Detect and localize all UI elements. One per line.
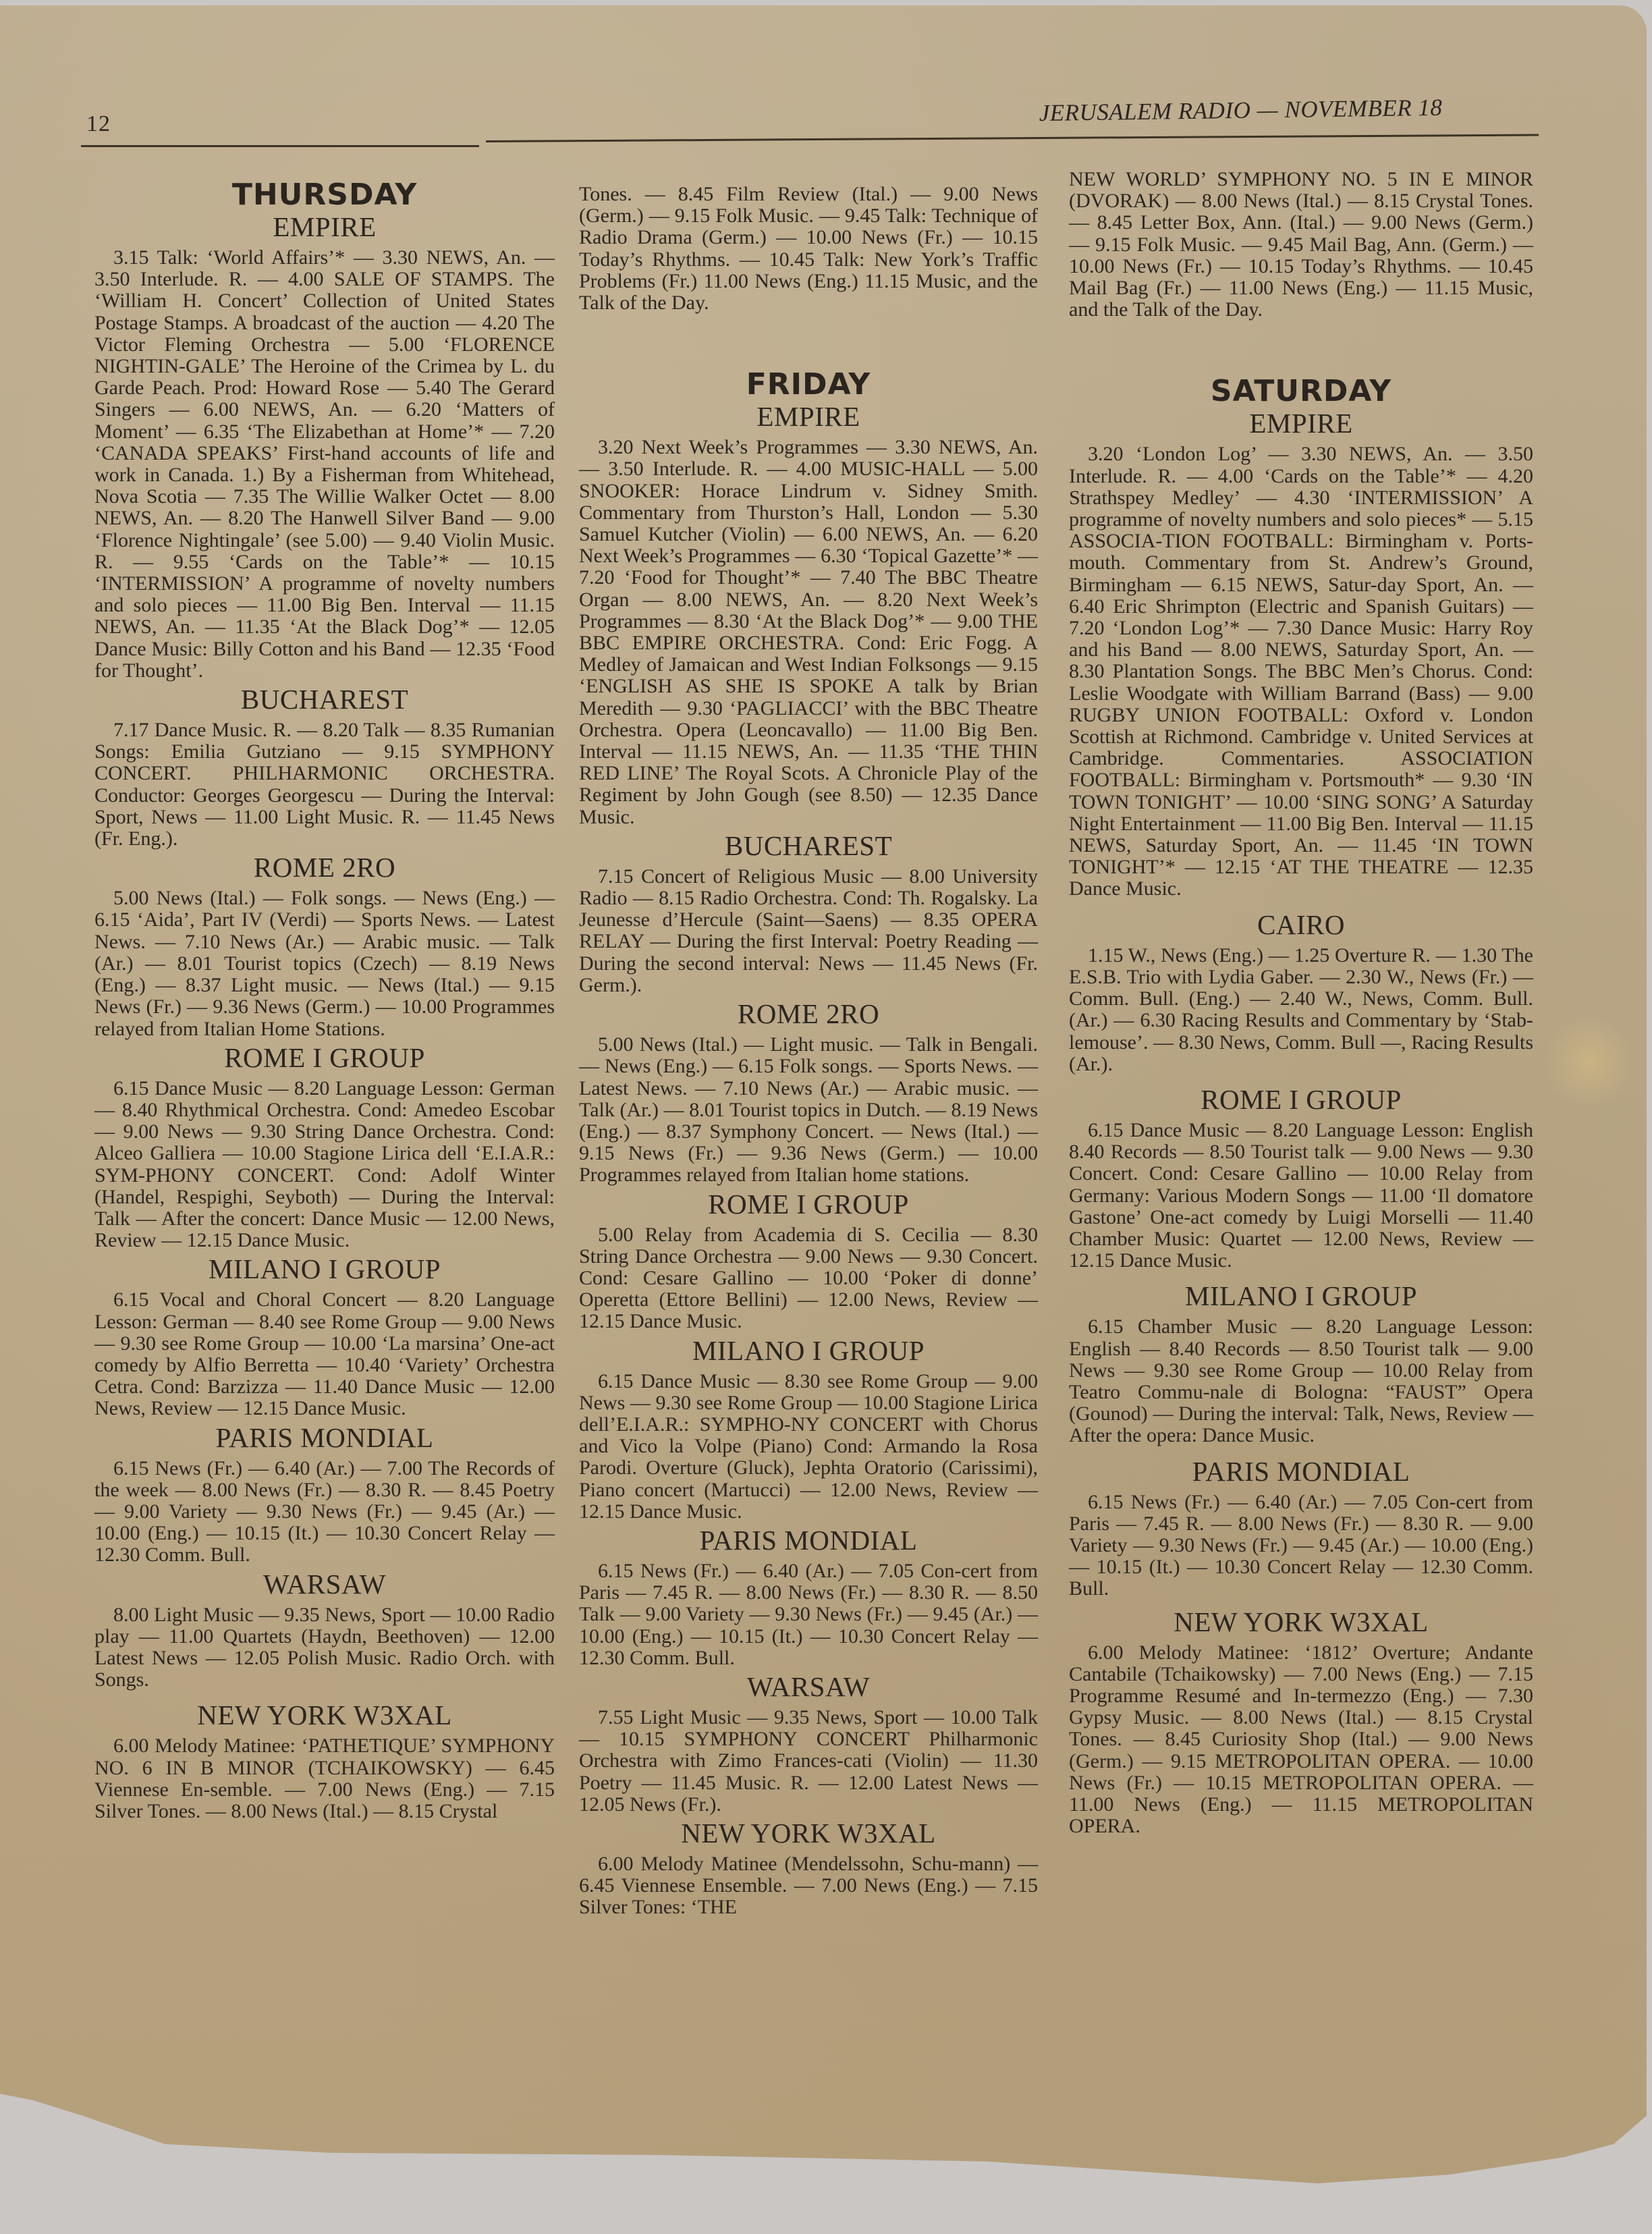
station-heading: EMPIRE (579, 402, 1038, 431)
station-heading: BUCHAREST (579, 831, 1038, 861)
section-milano-i-group: MILANO I GROUP 6.15 Dance Music — 8.30 s… (579, 1336, 1038, 1523)
station-heading: WARSAW (94, 1569, 555, 1599)
program-listing: 5.00 Relay from Academia di S. Cecilia —… (579, 1224, 1038, 1333)
section-thursday-empire: THURSDAY EMPIRE 3.15 Talk: ‘World Affair… (94, 177, 555, 682)
station-heading: EMPIRE (1069, 408, 1533, 438)
section-milano-i-group: MILANO I GROUP 6.15 Chamber Music — 8.20… (1069, 1281, 1533, 1446)
column-3: NEW WORLD’ SYMPHONY NO. 5 IN E MINOR (DV… (1069, 169, 1533, 1837)
day-heading-saturday: SATURDAY (1069, 373, 1533, 410)
section-continuation: Tones. — 8.45 Film Review (Ital.) — 9.00… (579, 184, 1038, 314)
section-friday-empire: FRIDAY EMPIRE 3.20 Next Week’s Programme… (579, 366, 1038, 828)
program-listing: 6.15 News (Fr.) — 6.40 (Ar.) — 7.05 Con-… (579, 1560, 1038, 1669)
section-continuation: NEW WORLD’ SYMPHONY NO. 5 IN E MINOR (DV… (1069, 169, 1533, 321)
column-2: Tones. — 8.45 Film Review (Ital.) — 9.00… (579, 184, 1038, 1919)
spacer (1069, 321, 1533, 373)
day-heading-friday: FRIDAY (579, 366, 1038, 403)
station-heading: NEW YORK W3XAL (94, 1700, 555, 1730)
program-listing: 7.55 Light Music — 9.35 News, Sport — 10… (579, 1707, 1038, 1816)
program-listing: 5.00 News (Ital.) — Light music. — Talk … (579, 1034, 1038, 1186)
column-1: THURSDAY EMPIRE 3.15 Talk: ‘World Affair… (94, 177, 555, 1822)
spacer (579, 314, 1038, 366)
section-rome-i-group: ROME I GROUP 6.15 Dance Music — 8.20 Lan… (1069, 1085, 1533, 1272)
section-paris-mondial: PARIS MONDIAL 6.15 News (Fr.) — 6.40 (Ar… (94, 1423, 555, 1566)
program-listing: 3.20 ‘London Log’ — 3.30 NEWS, An. — 3.5… (1069, 443, 1533, 900)
section-rome-i-group: ROME I GROUP 6.15 Dance Music — 8.20 Lan… (94, 1043, 555, 1252)
program-listing-continued: NEW WORLD’ SYMPHONY NO. 5 IN E MINOR (DV… (1069, 169, 1533, 321)
running-title: JERUSALEM RADIO — NOVEMBER 18 (1039, 94, 1442, 127)
section-cairo: CAIRO 1.15 W., News (Eng.) — 1.25 Overtu… (1069, 910, 1533, 1075)
station-heading: CAIRO (1069, 910, 1533, 939)
program-listing: 6.15 Vocal and Choral Concert — 8.20 Lan… (94, 1289, 555, 1419)
section-rome-2ro: ROME 2RO 5.00 News (Ital.) — Light music… (579, 999, 1038, 1186)
section-rome-i-group: ROME I GROUP 5.00 Relay from Academia di… (579, 1189, 1038, 1333)
page-number: 12 (86, 111, 111, 137)
station-heading: MILANO I GROUP (579, 1336, 1038, 1365)
program-listing: 6.15 News (Fr.) — 6.40 (Ar.) — 7.05 Con-… (1069, 1492, 1533, 1600)
section-paris-mondial: PARIS MONDIAL 6.15 News (Fr.) — 6.40 (Ar… (579, 1525, 1038, 1669)
station-heading: NEW YORK W3XAL (1069, 1607, 1533, 1637)
station-heading: PARIS MONDIAL (579, 1525, 1038, 1555)
program-listing: 6.15 News (Fr.) — 6.40 (Ar.) — 7.00 The … (94, 1458, 555, 1566)
station-heading: ROME 2RO (579, 999, 1038, 1029)
header-rule-right (486, 134, 1539, 142)
program-listing: 3.20 Next Week’s Programmes — 3.30 NEWS,… (579, 437, 1038, 828)
station-heading: ROME I GROUP (579, 1189, 1038, 1219)
program-listing-continued: Tones. — 8.45 Film Review (Ital.) — 9.00… (579, 184, 1038, 314)
station-heading: PARIS MONDIAL (94, 1423, 555, 1452)
section-bucharest: BUCHAREST 7.17 Dance Music. R. — 8.20 Ta… (94, 684, 555, 850)
section-new-york-w3xal: NEW YORK W3XAL 6.00 Melody Matinee (Mend… (579, 1818, 1038, 1919)
program-listing: 3.15 Talk: ‘World Affairs’* — 3.30 NEWS,… (94, 247, 555, 682)
program-listing: 6.00 Melody Matinee (Mendelssohn, Schu-m… (579, 1853, 1038, 1919)
station-heading: EMPIRE (94, 212, 555, 242)
station-heading: NEW YORK W3XAL (579, 1818, 1038, 1848)
program-listing: 6.15 Dance Music — 8.30 see Rome Group —… (579, 1371, 1038, 1523)
program-listing: 6.15 Dance Music — 8.20 Language Lesson:… (1069, 1120, 1533, 1272)
section-rome-2ro: ROME 2RO 5.00 News (Ital.) — Folk songs.… (94, 852, 555, 1039)
section-paris-mondial: PARIS MONDIAL 6.15 News (Fr.) — 6.40 (Ar… (1069, 1456, 1533, 1600)
section-warsaw: WARSAW 8.00 Light Music — 9.35 News, Spo… (94, 1569, 555, 1691)
section-bucharest: BUCHAREST 7.15 Concert of Religious Musi… (579, 831, 1038, 996)
program-listing: 6.00 Melody Matinee: ‘PATHETIQUE’ SYMPHO… (94, 1735, 555, 1822)
section-new-york-w3xal: NEW YORK W3XAL 6.00 Melody Matinee: ‘181… (1069, 1607, 1533, 1838)
station-heading: BUCHAREST (94, 684, 555, 714)
section-saturday-empire: SATURDAY EMPIRE 3.20 ‘London Log’ — 3.30… (1069, 373, 1533, 900)
program-listing: 5.00 News (Ital.) — Folk songs. — News (… (94, 888, 555, 1039)
station-heading: ROME I GROUP (94, 1043, 555, 1072)
header-rule-left (81, 145, 479, 147)
program-listing: 1.15 W., News (Eng.) — 1.25 Overture R. … (1069, 945, 1533, 1075)
program-listing: 6.15 Dance Music — 8.20 Language Lesson:… (94, 1078, 555, 1252)
station-heading: MILANO I GROUP (94, 1254, 555, 1284)
station-heading: ROME 2RO (94, 852, 555, 882)
program-listing: 7.15 Concert of Religious Music — 8.00 U… (579, 866, 1038, 996)
section-new-york-w3xal: NEW YORK W3XAL 6.00 Melody Matinee: ‘PAT… (94, 1700, 555, 1822)
section-warsaw: WARSAW 7.55 Light Music — 9.35 News, Spo… (579, 1672, 1038, 1816)
station-heading: PARIS MONDIAL (1069, 1456, 1533, 1486)
program-listing: 8.00 Light Music — 9.35 News, Sport — 10… (94, 1604, 555, 1691)
program-listing: 7.17 Dance Music. R. — 8.20 Talk — 8.35 … (94, 719, 555, 850)
station-heading: ROME I GROUP (1069, 1085, 1533, 1114)
page-header: 12 JERUSALEM RADIO — NOVEMBER 18 (0, 0, 1652, 162)
paper-stain (1539, 1018, 1640, 1106)
day-heading-thursday: THURSDAY (94, 177, 555, 213)
station-heading: MILANO I GROUP (1069, 1281, 1533, 1311)
section-milano-i-group: MILANO I GROUP 6.15 Vocal and Choral Con… (94, 1254, 555, 1419)
program-listing: 6.00 Melody Matinee: ‘1812’ Overture; An… (1069, 1642, 1533, 1838)
station-heading: WARSAW (579, 1672, 1038, 1701)
program-listing: 6.15 Chamber Music — 8.20 Language Lesso… (1069, 1316, 1533, 1446)
